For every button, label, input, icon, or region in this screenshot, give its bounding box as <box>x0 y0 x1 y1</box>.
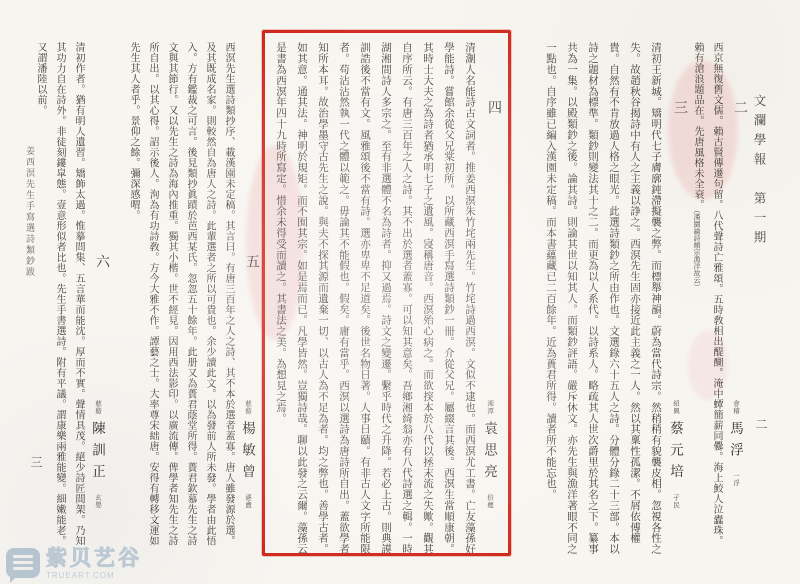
section-2: 二 會稽馬浮一浮 西京無復舊文儒。賴古賢傳遷句留。八代聲詩亡雅頌。五時敎相出醍醐… <box>688 42 748 556</box>
section-5-first-column: 五 慈谿楊敏曾遜盦 <box>238 42 260 556</box>
journal-header: 文瀾學報 第一期 <box>750 94 768 324</box>
section-2-author: 會稽馬浮一浮 <box>727 400 743 487</box>
author-courtesy: 遜盦 <box>244 494 251 509</box>
page-number-right: 二 <box>753 418 770 430</box>
section-2-number: 二 <box>729 100 749 114</box>
scanned-journal-page: 文瀾學報 第一期 二 姜西溟先生手寫選詩類鈔跋 三 二 會稽馬浮一浮 西京無復舊… <box>0 0 800 584</box>
author-courtesy: 玄嬰 <box>94 494 101 509</box>
section-4-number: 四 <box>483 100 503 114</box>
author-courtesy: 伯夔 <box>486 494 493 509</box>
section-4-author: 湘潭袁思亮伯夔 <box>481 400 497 509</box>
author-place: 慈谿 <box>244 400 251 415</box>
section-2-body: 西京無復舊文儒。賴古賢傳遷句留。八代聲詩亡雅頌。五時敎相出醍醐。淹中蟫簡薪同爨。… <box>688 42 726 556</box>
section-2-note: （漢園論詩頗宗漁洋故云） <box>693 210 701 291</box>
section-2-text: 西京無復舊文儒。賴古賢傳遷句留。八代聲詩亡雅頌。五時敎相出醍醐。淹中蟫簡薪同爨。… <box>692 42 722 546</box>
section-6-body: 清初作者。猶有明人遺習。矯飾太過。惟摹問集、五言華而能沈。厚而不實。聲情具茂。絕… <box>31 42 88 556</box>
author-name: 蔡元培 <box>668 421 683 486</box>
section-3-first-column: 三 紹興蔡元培孑民 <box>666 42 688 556</box>
section-6-first-column: 六 慈谿陳訓正玄嬰 <box>88 42 110 556</box>
watermark-text: 紫贝艺谷 <box>46 548 142 569</box>
section-3: 三 紹興蔡元培孑民 清初王新城。矯明代七子膚廓鈍滯擬襲之弊。而標舉神韻。蔚為當代… <box>522 42 688 556</box>
section-5-number: 五 <box>241 254 261 268</box>
section-6: 六 慈谿陳訓正玄嬰 清初作者。猶有明人遺習。矯飾太過。惟摹問集、五言華而能沈。厚… <box>40 42 110 556</box>
author-name: 袁思亮 <box>482 421 497 486</box>
author-place: 湘潭 <box>486 400 493 415</box>
section-5-body: 西溟先生選詩類抄序、載漢園未定稿。其言曰。有唐三百年之人之詩、其不本於選者蓋寡。… <box>124 42 238 556</box>
author-place: 會稽 <box>732 400 739 415</box>
section-3-number: 三 <box>669 100 689 114</box>
author-name: 楊敏曾 <box>240 421 255 486</box>
section-6-number: 六 <box>91 254 111 268</box>
section-4-highlighted: 四 湘潭袁思亮伯夔 清淛人名能詩古文詞者。推姜西溟朱竹垞兩先生。竹垞詩過西溟。文… <box>268 42 502 556</box>
author-place: 慈谿 <box>94 400 101 415</box>
speech-bubble-icon <box>6 548 40 578</box>
author-courtesy: 一浮 <box>732 472 739 487</box>
section-4-first-column: 四 湘潭袁思亮伯夔 <box>480 42 502 556</box>
watermark-url: TRUEART.COM <box>46 571 142 580</box>
section-3-body: 清初王新城。矯明代七子膚廓鈍滯擬襲之弊。而標舉神韻。蔚為當代詩宗。然稍稍有貌襲皮… <box>540 42 666 556</box>
section-4-body: 清淛人名能詩古文詞者。推姜西溟朱竹垞兩先生。竹垞詩過西溟。文似不逮也。而西溟尤工… <box>270 42 480 556</box>
section-5: 五 慈谿楊敏曾遜盦 西溟先生選詩類抄序、載漢園未定稿。其言曰。有唐三百年之人之詩… <box>128 42 260 556</box>
author-place: 紹興 <box>672 400 679 415</box>
section-2-first-column: 二 會稽馬浮一浮 <box>726 42 748 556</box>
watermark: 紫贝艺谷 TRUEART.COM <box>6 548 142 580</box>
section-3-author: 紹興蔡元培孑民 <box>667 400 683 509</box>
author-courtesy: 孑民 <box>672 494 679 509</box>
section-6-author: 慈谿陳訓正玄嬰 <box>89 400 105 509</box>
author-name: 馬浮 <box>728 421 743 464</box>
author-name: 陳訓正 <box>90 421 105 486</box>
speech-bubble-lines <box>13 555 33 573</box>
section-5-author: 慈谿楊敏曾遜盦 <box>239 400 255 509</box>
